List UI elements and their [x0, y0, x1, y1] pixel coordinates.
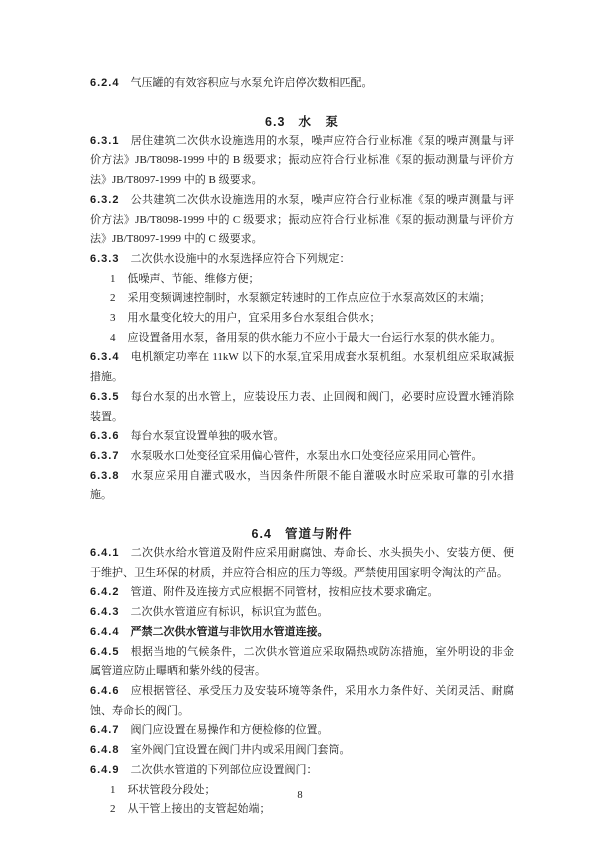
- clause-number: 6.3.5: [90, 391, 119, 403]
- clause-text: 公共建筑二次供水设施选用的水泵，噪声应符合行业标准《泵的噪声测量与评价方法》JB…: [90, 194, 514, 245]
- section-title: 水 泵: [298, 115, 339, 129]
- clause-text: 每台水泵宜设置单独的吸水管。: [130, 430, 284, 442]
- list-item-number: 1: [110, 273, 116, 285]
- list-item-1: 1低噪声、节能、维修方便；: [110, 270, 514, 290]
- clause-number: 6.4.9: [90, 764, 119, 776]
- clause-number: 6.4.6: [90, 685, 119, 697]
- list-item-text: 用水量变化较大的用户，宜采用多台水泵组合供水；: [128, 312, 381, 324]
- list-item-number: 3: [110, 312, 116, 324]
- clause-text: 严禁二次供水管道与非饮用水管道连接。: [130, 626, 328, 638]
- clause-text: 二次供水给水管道及附件应采用耐腐蚀、寿命长、水头损失小、安装方便、便于维护、卫生…: [90, 547, 514, 579]
- clause-6.3.2: 6.3.2公共建筑二次供水设施选用的水泵，噪声应符合行业标准《泵的噪声测量与评价…: [90, 191, 514, 250]
- clause-6.2.4: 6.2.4气压罐的有效容积应与水泵允许启停次数相匹配。: [90, 74, 514, 94]
- clause-6.4.1: 6.4.1二次供水给水管道及附件应采用耐腐蚀、寿命长、水头损失小、安装方便、便于…: [90, 544, 514, 583]
- list-item-text: 低噪声、节能、维修方便；: [128, 273, 260, 285]
- clause-number: 6.4.1: [90, 547, 119, 559]
- clause-number: 6.4.2: [90, 586, 119, 598]
- list-item-number: 2: [110, 803, 116, 815]
- clause-6.4.2: 6.4.2管道、附件及连接方式应根据不同管材，按相应技术要求确定。: [90, 583, 514, 603]
- section-heading-6.3: 6.3水 泵: [90, 112, 514, 132]
- clause-text: 居住建筑二次供水设施选用的水泵，噪声应符合行业标准《泵的噪声测量与评价方法》JB…: [90, 135, 514, 186]
- clause-6.3.3: 6.3.3二次供水设施中的水泵选择应符合下列规定：: [90, 250, 514, 270]
- clause-number: 6.3.4: [90, 351, 119, 363]
- clause-text: 每台水泵的出水管上，应装设压力表、止回阀和阀门，必要时应设置水锤消除装置。: [90, 391, 514, 423]
- clause-text: 水泵吸水口处变径宜采用偏心管件，水泵出水口处变径应采用同心管件。: [130, 450, 482, 462]
- list-item-3: 3用水量变化较大的用户，宜采用多台水泵组合供水；: [110, 309, 514, 329]
- clause-6.3.1: 6.3.1居住建筑二次供水设施选用的水泵，噪声应符合行业标准《泵的噪声测量与评价…: [90, 132, 514, 191]
- clause-number: 6.3.8: [90, 470, 119, 482]
- list-item-text: 采用变频调速控制时，水泵额定转速时的工作点应位于水泵高效区的末端；: [128, 292, 491, 304]
- clause-text: 阀门应设置在易操作和方便检修的位置。: [130, 724, 328, 736]
- clause-number: 6.4.3: [90, 606, 119, 618]
- clause-6.4.6: 6.4.6应根据管径、承受压力及安装环境等条件，采用水力条件好、关闭灵活、耐腐蚀…: [90, 682, 514, 721]
- document-page: 6.2.4气压罐的有效容积应与水泵允许启停次数相匹配。 6.3水 泵 6.3.1…: [0, 0, 600, 848]
- clause-number: 6.3.1: [90, 135, 119, 147]
- clause-number: 6.4.5: [90, 646, 119, 658]
- clause-text: 二次供水管道应有标识，标识宜为蓝色。: [130, 606, 328, 618]
- clause-number: 6.3.7: [90, 450, 119, 462]
- clause-6.4.5: 6.4.5根据当地的气候条件，二次供水管道应采取隔热或防冻措施，室外明设的非金属…: [90, 643, 514, 682]
- clause-text: 室外阀门宜设置在阀门井内或采用阀门套筒。: [130, 744, 350, 756]
- clause-text: 气压罐的有效容积应与水泵允许启停次数相匹配。: [130, 77, 372, 89]
- clause-6.3.8: 6.3.8水泵应采用自灌式吸水，当因条件所限不能自灌吸水时应采取可靠的引水措施。: [90, 467, 514, 506]
- clause-number: 6.4.4: [90, 626, 119, 638]
- clause-text: 二次供水管道的下列部位应设置阀门：: [130, 764, 317, 776]
- clause-text: 根据当地的气候条件，二次供水管道应采取隔热或防冻措施，室外明设的非金属管道应防止…: [90, 646, 514, 678]
- list-item-4: 4应设置备用水泵，备用泵的供水能力不应小于最大一台运行水泵的供水能力。: [110, 329, 514, 349]
- section-number: 6.3: [265, 115, 285, 129]
- clause-number: 6.3.2: [90, 194, 119, 206]
- list-item-text: 应设置备用水泵，备用泵的供水能力不应小于最大一台运行水泵的供水能力。: [128, 332, 502, 344]
- clause-text: 管道、附件及连接方式应根据不同管材，按相应技术要求确定。: [130, 586, 438, 598]
- section-heading-6.4: 6.4管道与附件: [90, 524, 514, 544]
- clause-6.3.7: 6.3.7水泵吸水口处变径宜采用偏心管件，水泵出水口处变径应采用同心管件。: [90, 447, 514, 467]
- list-item-number: 4: [110, 332, 116, 344]
- clause-text: 二次供水设施中的水泵选择应符合下列规定：: [130, 253, 350, 265]
- clause-number: 6.3.6: [90, 430, 119, 442]
- clause-text: 电机额定功率在 11kW 以下的水泵,宜采用成套水泵机组。水泵机组应采取减振措施…: [90, 351, 514, 383]
- clause-6.3.4: 6.3.4电机额定功率在 11kW 以下的水泵,宜采用成套水泵机组。水泵机组应采…: [90, 348, 514, 387]
- list-item-2: 2从干管上接出的支管起始端；: [110, 800, 514, 820]
- clause-number: 6.2.4: [90, 77, 119, 89]
- section-title: 管道与附件: [285, 527, 353, 541]
- clause-6.4.7: 6.4.7阀门应设置在易操作和方便检修的位置。: [90, 721, 514, 741]
- list-item-text: 从干管上接出的支管起始端；: [128, 803, 271, 815]
- clause-number: 6.3.3: [90, 253, 119, 265]
- document-content: 6.2.4气压罐的有效容积应与水泵允许启停次数相匹配。 6.3水 泵 6.3.1…: [90, 74, 514, 820]
- list-item-2: 2采用变频调速控制时，水泵额定转速时的工作点应位于水泵高效区的末端；: [110, 289, 514, 309]
- clause-text: 水泵应采用自灌式吸水，当因条件所限不能自灌吸水时应采取可靠的引水措施。: [90, 470, 514, 502]
- clause-6.4.9: 6.4.9二次供水管道的下列部位应设置阀门：: [90, 761, 514, 781]
- clause-6.3.6: 6.3.6每台水泵宜设置单独的吸水管。: [90, 427, 514, 447]
- clause-6.4.3: 6.4.3二次供水管道应有标识，标识宜为蓝色。: [90, 603, 514, 623]
- list-item-number: 2: [110, 292, 116, 304]
- page-number: 8: [0, 790, 600, 801]
- clause-number: 6.4.8: [90, 744, 119, 756]
- clause-text: 应根据管径、承受压力及安装环境等条件，采用水力条件好、关闭灵活、耐腐蚀、寿命长的…: [90, 685, 514, 717]
- section-number: 6.4: [252, 527, 272, 541]
- clause-6.4.4: 6.4.4严禁二次供水管道与非饮用水管道连接。: [90, 623, 514, 643]
- clause-6.3.5: 6.3.5每台水泵的出水管上，应装设压力表、止回阀和阀门，必要时应设置水锤消除装…: [90, 388, 514, 427]
- clause-number: 6.4.7: [90, 724, 119, 736]
- clause-6.4.8: 6.4.8室外阀门宜设置在阀门井内或采用阀门套筒。: [90, 741, 514, 761]
